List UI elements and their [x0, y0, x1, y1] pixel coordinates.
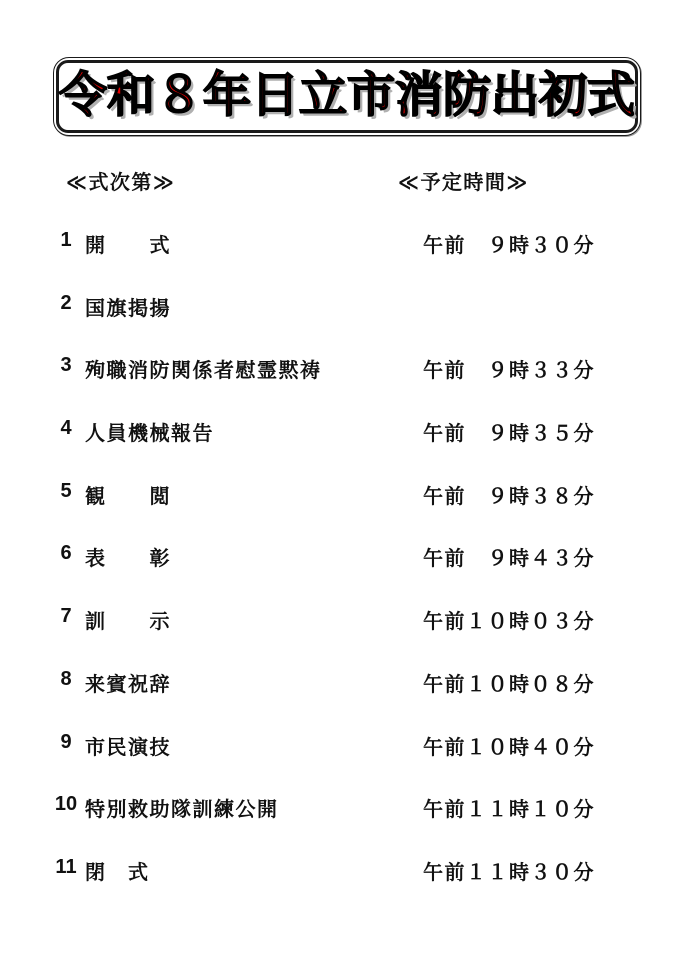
schedule-row-time: 午前１１時１０分 — [423, 793, 595, 822]
schedule-row: 9 市民演技 午前１０時４０分 — [0, 731, 690, 794]
schedule-row: 4 人員機械報告 午前 ９時３５分 — [0, 417, 690, 480]
schedule-row-time: 午前１０時４０分 — [423, 731, 595, 760]
schedule-row-item: 閉 式 — [85, 856, 150, 885]
schedule-row-number: 11 — [54, 856, 78, 879]
schedule-row-time: 午前 ９時３８分 — [423, 480, 595, 509]
schedule-row-time: 午前 ９時３３分 — [423, 354, 595, 383]
schedule-list: 1 開 式 午前 ９時３０分 2 国旗掲揚 3 殉職消防関係者慰霊黙祷 午前 ９… — [0, 229, 690, 919]
schedule-row-number: 1 — [54, 229, 78, 252]
schedule-row-number: 3 — [54, 354, 78, 377]
title-banner: 令和８年日立市消防出初式 — [53, 57, 641, 136]
schedule-row-number: 2 — [54, 292, 78, 315]
schedule-row-number: 6 — [54, 542, 78, 565]
schedule-row: 10 特別救助隊訓練公開 午前１１時１０分 — [0, 793, 690, 856]
schedule-row-number: 10 — [54, 793, 78, 816]
schedule-row-time: 午前 ９時４３分 — [423, 542, 595, 571]
schedule-row-time: 午前 ９時３５分 — [423, 417, 595, 446]
schedule-row-time: 午前１０時０８分 — [423, 668, 595, 697]
schedule-row-item: 開 式 — [85, 229, 171, 258]
schedule-row: 11 閉 式 午前１１時３０分 — [0, 856, 690, 919]
schedule-row-number: 4 — [54, 417, 78, 440]
schedule-row-number: 7 — [54, 605, 78, 628]
schedule-row-number: 9 — [54, 731, 78, 754]
schedule-row-item: 訓 示 — [85, 605, 171, 634]
schedule-row-item: 観 閲 — [85, 480, 171, 509]
document-page: 令和８年日立市消防出初式 ≪式次第≫ ≪予定時間≫ 1 開 式 午前 ９時３０分… — [0, 0, 690, 976]
schedule-row: 3 殉職消防関係者慰霊黙祷 午前 ９時３３分 — [0, 354, 690, 417]
schedule-row-time: 午前１１時３０分 — [423, 856, 595, 885]
schedule-row-time: 午前１０時０３分 — [423, 605, 595, 634]
schedule-row-time: 午前 ９時３０分 — [423, 229, 595, 258]
title-banner-inner-border: 令和８年日立市消防出初式 — [56, 60, 638, 133]
schedule-row: 7 訓 示 午前１０時０３分 — [0, 605, 690, 668]
schedule-row: 2 国旗掲揚 — [0, 292, 690, 355]
page-title: 令和８年日立市消防出初式 — [59, 72, 635, 122]
schedule-row-item: 殉職消防関係者慰霊黙祷 — [85, 354, 322, 383]
schedule-row-item: 国旗掲揚 — [85, 292, 171, 321]
column-header-scheduled-time: ≪予定時間≫ — [398, 166, 529, 195]
schedule-row-item: 表 彰 — [85, 542, 171, 571]
schedule-row-item: 市民演技 — [85, 731, 171, 760]
schedule-row-number: 5 — [54, 480, 78, 503]
schedule-row-item: 来賓祝辞 — [85, 668, 171, 697]
schedule-row: 5 観 閲 午前 ９時３８分 — [0, 480, 690, 543]
schedule-row-item: 特別救助隊訓練公開 — [85, 793, 279, 822]
schedule-row: 1 開 式 午前 ９時３０分 — [0, 229, 690, 292]
schedule-row: 6 表 彰 午前 ９時４３分 — [0, 542, 690, 605]
schedule-row: 8 来賓祝辞 午前１０時０８分 — [0, 668, 690, 731]
schedule-row-number: 8 — [54, 668, 78, 691]
schedule-row-item: 人員機械報告 — [85, 417, 214, 446]
column-header-program: ≪式次第≫ — [66, 166, 175, 195]
